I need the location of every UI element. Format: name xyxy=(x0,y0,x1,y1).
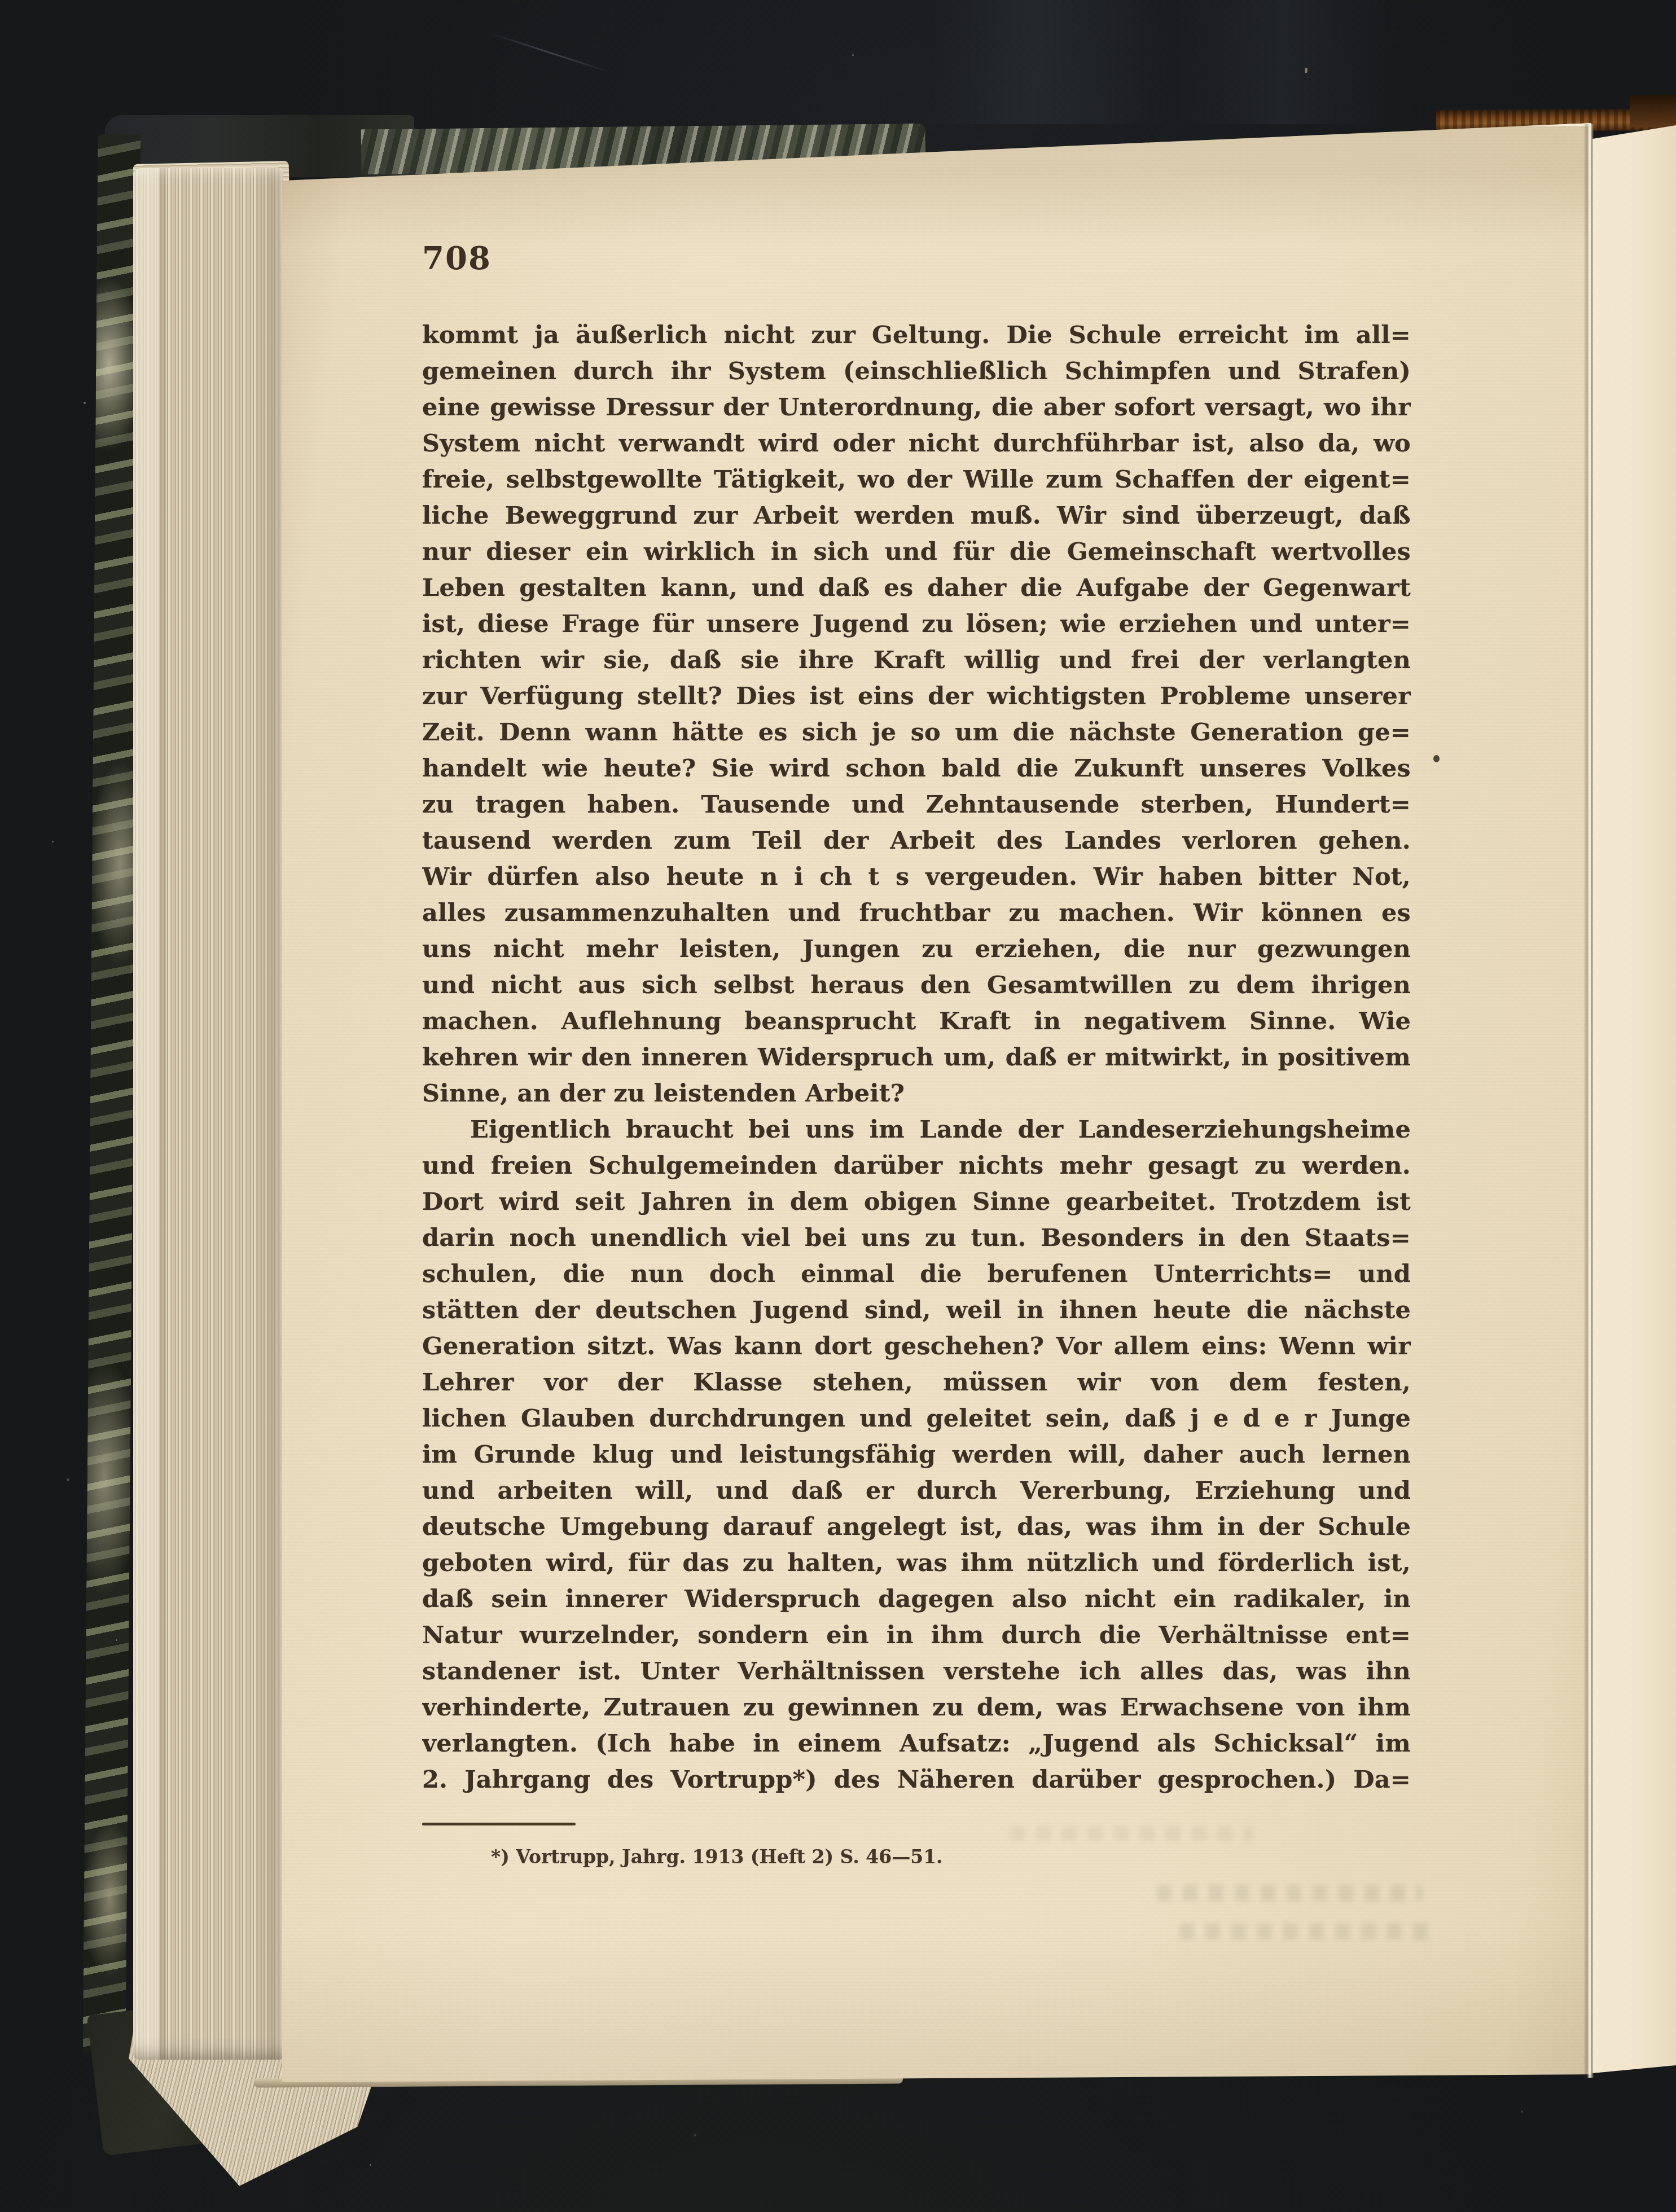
cover-edge-patch xyxy=(1630,95,1676,128)
text-line: Wir dürfen also heute n i ch t s vergeud… xyxy=(422,859,1411,895)
text-line: Dort wird seit Jahren in dem obigen Sinn… xyxy=(422,1184,1411,1220)
text-line: Leben gestalten kann, und daß es daher d… xyxy=(422,570,1411,606)
dust-speck xyxy=(52,841,54,842)
marbled-board-left-edge xyxy=(83,134,141,2053)
text-line: nur dieser ein wirklich in sich und für … xyxy=(422,534,1411,570)
dust-speck xyxy=(1521,2110,1523,2113)
background-scratch xyxy=(488,32,612,74)
background-sheen xyxy=(925,0,1168,124)
photo-background: 708 kommt ja äußerlich nicht zur Geltung… xyxy=(0,0,1676,2212)
text-line: standener ist. Unter Verhältnissen verst… xyxy=(422,1653,1411,1689)
ink-speck xyxy=(1433,755,1440,762)
text-line: verlangten. (Ich habe in einem Aufsatz: … xyxy=(422,1726,1411,1762)
dust-speck xyxy=(694,2134,696,2136)
text-line: kehren wir den inneren Widerspruch um, d… xyxy=(422,1039,1411,1076)
text-line: schulen, die nun doch einmal die berufen… xyxy=(422,1256,1411,1292)
text-line: kommt ja äußerlich nicht zur Geltung. Di… xyxy=(422,317,1411,353)
text-line: geboten wird, für das zu halten, was ihm… xyxy=(422,1545,1411,1581)
text-line: handelt wie heute? Sie wird schon bald d… xyxy=(422,750,1411,787)
text-line: tausend werden zum Teil der Arbeit des L… xyxy=(422,823,1411,859)
text-line: 2. Jahrgang des Vortrupp*) des Näheren d… xyxy=(422,1762,1411,1798)
dust-speck xyxy=(1305,68,1308,73)
text-line: verhinderte, Zutrauen zu gewinnen zu dem… xyxy=(422,1689,1411,1726)
dust-speck xyxy=(1173,1991,1174,1992)
text-line: Natur wurzelnder, sondern ein in ihm dur… xyxy=(422,1617,1411,1653)
text-line: und arbeiten will, und daß er durch Vere… xyxy=(422,1473,1411,1509)
dust-speck xyxy=(67,1478,69,1481)
footnote: *) Vortrupp, Jahrg. 1913 (Heft 2) S. 46—… xyxy=(422,1845,1411,1869)
background-sheen xyxy=(1174,0,1388,124)
show-through-text xyxy=(1010,1826,1253,1841)
text-line: uns nicht mehr leisten, Jungen zu erzieh… xyxy=(422,931,1411,967)
footnote-rule xyxy=(422,1823,576,1825)
dust-speck xyxy=(116,1639,117,1641)
text-line: Generation sitzt. Was kann dort geschehe… xyxy=(422,1328,1411,1364)
dust-speck xyxy=(852,54,854,56)
text-line: und nicht aus sich selbst heraus den Ges… xyxy=(422,967,1411,1003)
text-line: ist, diese Frage für unsere Jugend zu lö… xyxy=(422,606,1411,642)
facing-page-edge xyxy=(1592,125,1676,2078)
text-line: Eigentlich braucht bei uns im Lande der … xyxy=(422,1112,1411,1148)
text-line: System nicht verwandt wird oder nicht du… xyxy=(422,425,1411,462)
show-through-text xyxy=(1179,1923,1433,1940)
page-crease xyxy=(1583,124,1594,2078)
text-line: freie, selbstgewollte Tätigkeit, wo der … xyxy=(422,462,1411,498)
page-number: 708 xyxy=(422,243,492,274)
text-line: darin noch unendlich viel bei uns zu tun… xyxy=(422,1220,1411,1256)
text-line: stätten der deutschen Jugend sind, weil … xyxy=(422,1292,1411,1328)
body-text: kommt ja äußerlich nicht zur Geltung. Di… xyxy=(422,317,1411,1798)
text-line: gemeinen durch ihr System (einschließlic… xyxy=(422,353,1411,389)
text-line: deutsche Umgebung darauf angelegt ist, d… xyxy=(422,1509,1411,1545)
text-line: lichen Glauben durchdrungen und geleitet… xyxy=(422,1401,1411,1437)
text-line: eine gewisse Dressur der Unterordnung, d… xyxy=(422,389,1411,425)
text-line: machen. Auflehnung beansprucht Kraft in … xyxy=(422,1003,1411,1039)
text-line: zu tragen haben. Tausende und Zehntausen… xyxy=(422,787,1411,823)
fanned-page-edges xyxy=(133,168,283,2060)
text-line: daß sein innerer Widerspruch dagegen als… xyxy=(422,1581,1411,1617)
text-line: im Grunde klug und leistungsfähig werden… xyxy=(422,1437,1411,1473)
text-line: alles zusammenzuhalten und fruchtbar zu … xyxy=(422,895,1411,931)
text-line: zur Verfügung stellt? Dies ist eins der … xyxy=(422,678,1411,714)
text-line: und freien Schulgemeinden darüber nichts… xyxy=(422,1148,1411,1184)
text-line: richten wir sie, daß sie ihre Kraft will… xyxy=(422,642,1411,678)
text-line: liche Beweggrund zur Arbeit werden muß. … xyxy=(422,498,1411,534)
dust-speck xyxy=(370,2164,371,2166)
book-page: 708 kommt ja äußerlich nicht zur Geltung… xyxy=(282,123,1591,2084)
text-line: Sinne, an der zu leistenden Arbeit? xyxy=(422,1076,1411,1112)
show-through-text xyxy=(1157,1885,1422,1902)
text-line: Lehrer vor der Klasse stehen, müssen wir… xyxy=(422,1364,1411,1401)
dust-speck xyxy=(84,402,86,404)
text-line: Zeit. Denn wann hätte es sich je so um d… xyxy=(422,714,1411,750)
